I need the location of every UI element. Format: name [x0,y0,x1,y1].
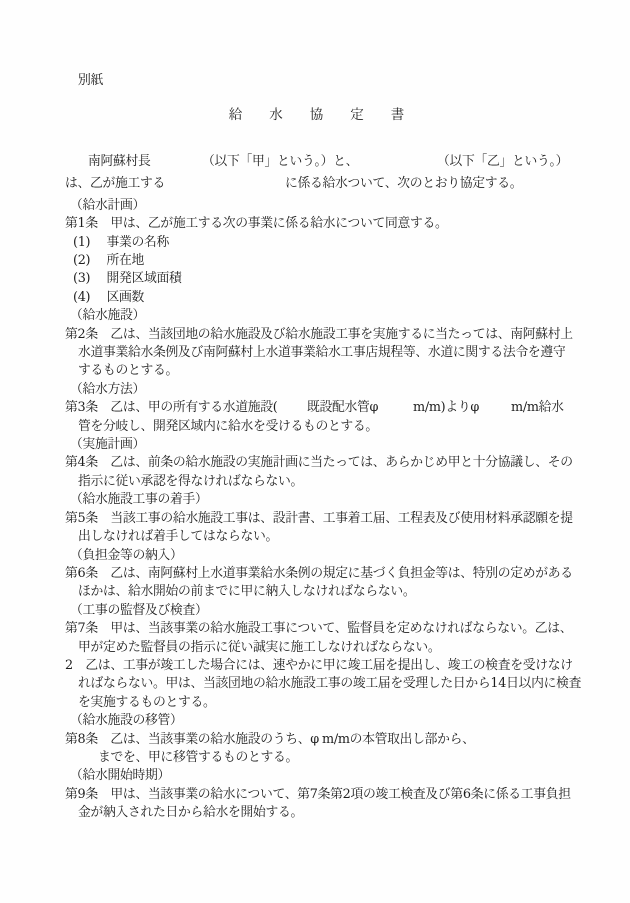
article-line: 第7条 甲は、当該事業の給水施設工事について、監督員を定めなければならない。乙は… [65,620,568,638]
party-a-clause: （以下「甲」という。）と、 [202,151,358,173]
preamble: 南阿蘇村長 （以下「甲」という。）と、 （以下「乙」という。） は、乙が施工する… [65,151,568,195]
document-title: 給 水 協 定 書 [65,106,568,124]
article-line: までを、甲に移管するものとする。 [65,749,568,767]
section-heading: （工事の監督及び検査） [65,602,568,620]
contractor-field: は、乙が施工する [65,173,165,195]
article-line: 第5条 当該工事の給水施設工事は、設計書、工事着工届、工程表及び使用材料承認願を… [65,510,568,528]
party-b-clause: （以下「乙」という。） [437,151,568,173]
article-line: ればならない。甲は、当該団地の給水施設工事の竣工届を受理した日から14日以内に検… [65,675,568,693]
preamble-line-2: は、乙が施工する に係る給水ついて、次のとおり協定する。 [65,173,568,195]
preamble-line-1: 南阿蘇村長 （以下「甲」という。）と、 （以下「乙」という。） [65,151,568,173]
section-heading: （給水施設の移管） [65,712,568,730]
existing-pipe-label: 既設配水管φ [307,399,378,417]
article-line-with-blanks: 第3条 乙は、甲の所有する水道施設( 既設配水管φ m/m)よりφ m/m給水 [65,399,568,417]
section-heading: （給水方法） [65,381,568,399]
article-line: するものとする。 [65,362,568,380]
pipe-size-unit: m/m)よりφ [413,399,479,417]
agreement-clause: に係る給水ついて、次のとおり協定する。 [285,173,522,195]
document-content: 別紙 給 水 協 定 書 南阿蘇村長 （以下「甲」という。）と、 （以下「乙」と… [65,72,568,823]
attachment-label: 別紙 [65,72,568,90]
article-line: 出しなければ着手してはならない。 [65,528,568,546]
article-line: 金が納入された日から給水を開始する。 [65,804,568,822]
list-item: (3) 開発区域面積 [65,270,568,288]
party-a-field: 南阿蘇村長 [88,151,151,173]
article-line: 第6条 乙は、南阿蘇村上水道事業給水条例の規定に基づく負担金等は、特別の定めがあ… [65,565,568,583]
article-paragraph-2: 2 乙は、工事が竣工した場合には、速やかに甲に竣工届を提出し、竣工の検査を受けな… [65,657,568,675]
list-item: (4) 区画数 [65,289,568,307]
article-line: 第1条 甲は、乙が施工する次の事業に係る給水について同意する。 [65,215,568,233]
article-line: を実施するものとする。 [65,694,568,712]
article-line: 水道事業給水条例及び南阿蘇村上水道事業給水工事店規程等、水道に関する法令を遵守 [65,344,568,362]
list-item: (1) 事業の名称 [65,234,568,252]
article-line: 第2条 乙は、当該団地の給水施設及び給水施設工事を実施するに当たっては、南阿蘇村… [65,326,568,344]
list-item: (2) 所在地 [65,252,568,270]
article-line: 第4条 乙は、前条の給水施設の実施計画に当たっては、あらかじめ甲と十分協議し、そ… [65,454,568,472]
main-pipe-clause: m/mの本管取出し部から、 [322,731,475,749]
section-heading: （給水開始時期） [65,767,568,785]
supply-pipe-unit: m/m給水 [511,399,564,417]
article-8-prefix: 第8条 乙は、当該事業の給水施設のうち、φ [65,731,319,749]
article-line: ほかは、給水開始の前までに甲に納入しなければならない。 [65,583,568,601]
article-line: 管を分岐し、開発区域内に給水を受けるものとする。 [65,418,568,436]
section-heading: （実施計画） [65,436,568,454]
article-line: 指示に従い承認を得なければならない。 [65,473,568,491]
article-line: 甲が定めた監督員の指示に従い誠実に施工しなければならない。 [65,639,568,657]
section-heading: （給水施設工事の着手） [65,491,568,509]
section-heading: （給水施設） [65,307,568,325]
article-line-with-blanks: 第8条 乙は、当該事業の給水施設のうち、φ m/mの本管取出し部から、 [65,731,568,749]
agreement-document-page: 別紙 給 水 協 定 書 南阿蘇村長 （以下「甲」という。）と、 （以下「乙」と… [0,0,630,903]
section-heading: （給水計画） [65,197,568,215]
section-heading: （負担金等の納入） [65,547,568,565]
article-3-prefix: 第3条 乙は、甲の所有する水道施設( [65,399,278,417]
article-line: 第9条 甲は、当該事業の給水について、第7条第2項の竣工検査及び第6条に係る工事… [65,786,568,804]
